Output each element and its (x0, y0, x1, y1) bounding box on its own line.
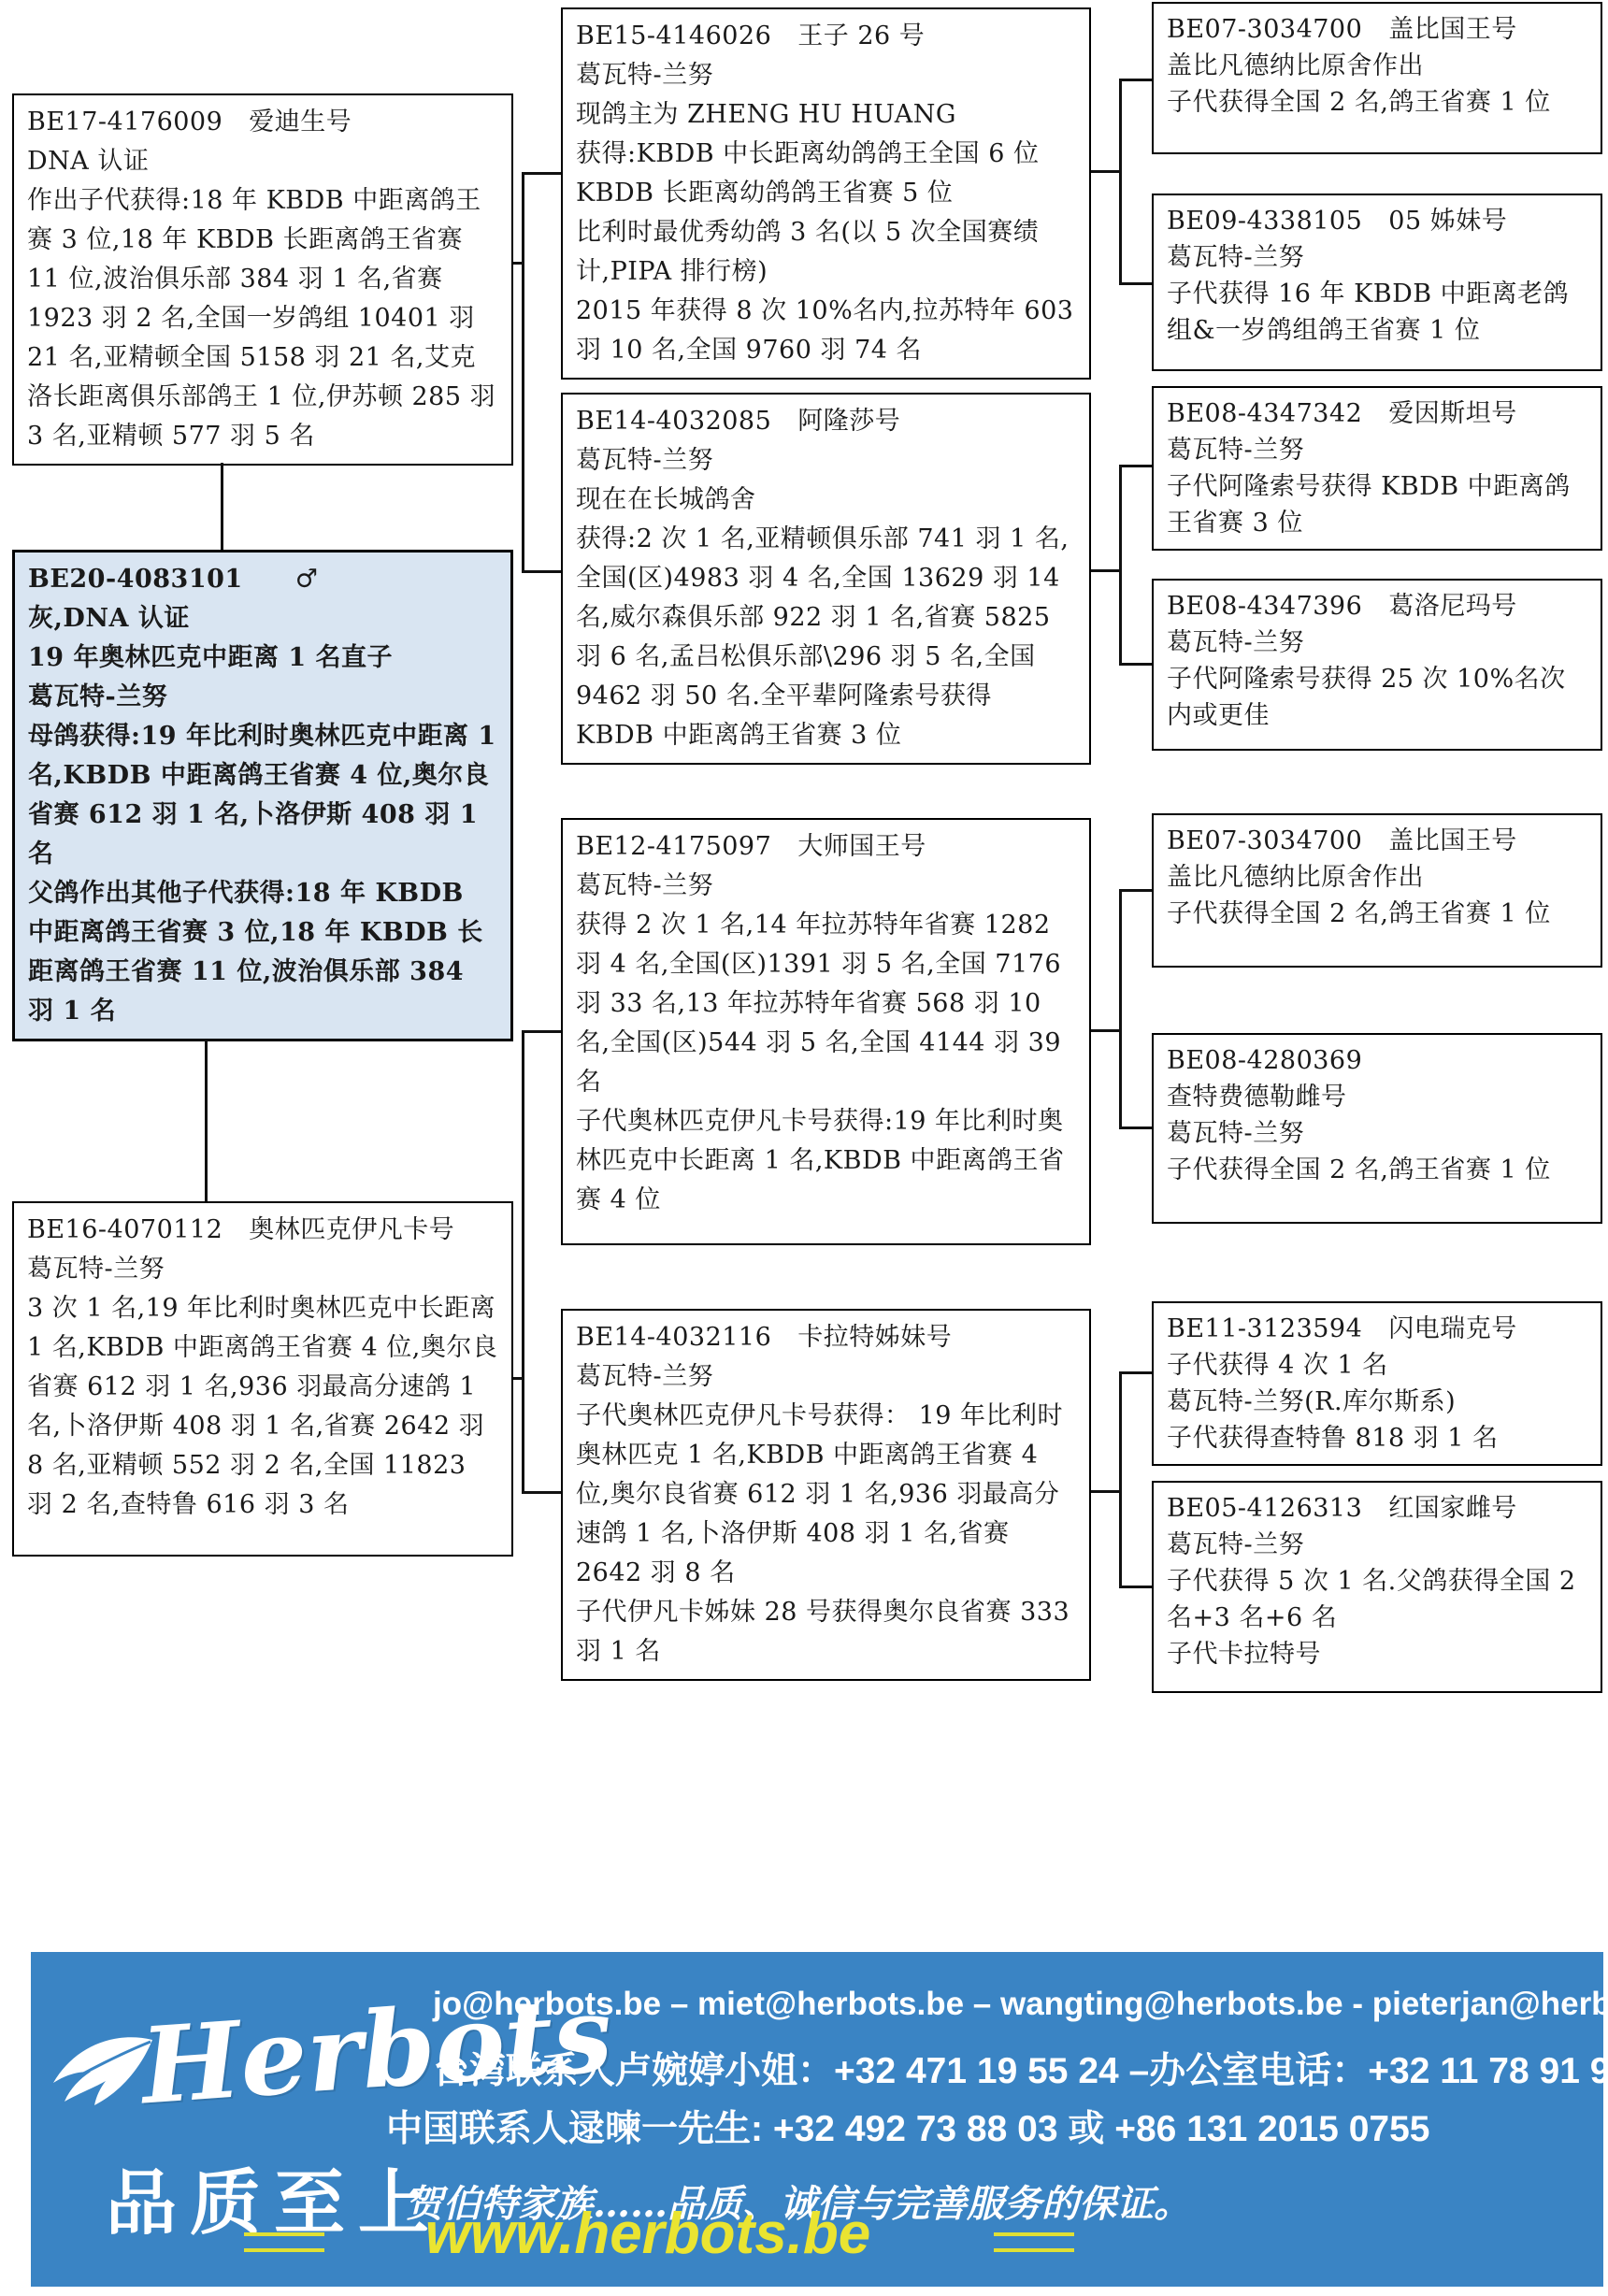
connector-line (1119, 889, 1122, 1129)
detail-line: 葛瓦特-兰努 (1167, 239, 1587, 276)
box-maternal-grandmother: BE14-4032116卡拉特姊妹号 葛瓦特-兰努子代奥林匹克伊凡卡号获得： 1… (561, 1309, 1091, 1681)
box-great-grandparent-7: BE11-3123594闪电瑞克号 子代获得 4 次 1 名葛瓦特-兰努(R.库… (1152, 1301, 1602, 1466)
detail-line: 子代阿隆索号获得 KBDB 中距离鸽王省赛 3 位 (1167, 468, 1587, 541)
detail-line: 葛瓦特-兰努 (576, 867, 1076, 906)
box-title: BE09-433810505 姊妹号 (1167, 203, 1587, 239)
box-details: 查特费德勒雌号葛瓦特-兰努子代获得全国 2 名,鸽王省赛 1 位 (1167, 1079, 1587, 1188)
box-great-grandparent-8: BE05-4126313红国家雌号 葛瓦特-兰努子代获得 5 次 1 名.父鸽获… (1152, 1481, 1602, 1693)
detail-line: 葛瓦特-兰努 (1167, 432, 1587, 468)
detail-line: 葛瓦特-兰努 (576, 441, 1076, 481)
ring-number: BE14-4032085 (576, 407, 771, 436)
detail-line: 3 次 1 名,19 年比利时奥林匹克中长距离 1 名,KBDB 中距离鸽王省赛… (27, 1289, 498, 1525)
connector-line (1122, 79, 1152, 81)
detail-line: 查特费德勒雌号 (1167, 1079, 1587, 1115)
detail-line: 子代获得 5 次 1 名.父鸽获得全国 2 名+3 名+6 名 (1167, 1563, 1587, 1636)
detail-line: 子代奥林匹克伊凡卡号获得:19 年比利时奥林匹克中长距离 1 名,KBDB 中距… (576, 1102, 1076, 1220)
connector-line (1091, 170, 1122, 173)
connector-line (1119, 79, 1122, 285)
connector-line (1091, 569, 1122, 572)
detail-line: 现在在长城鸽舍 (576, 481, 1076, 520)
detail-line: 19 年奥林匹克中距离 1 名直子 (28, 639, 497, 678)
bird-name: 爱迪生号 (249, 108, 352, 136)
detail-line: 作出子代获得:18 年 KBDB 中距离鸽王赛 3 位,18 年 KBDB 长距… (27, 181, 498, 456)
ring-number: BE05-4126313 (1167, 1494, 1362, 1523)
connector-line (524, 570, 561, 573)
box-title: BE08-4347396葛洛尼玛号 (1167, 588, 1587, 624)
box-details: 葛瓦特-兰努子代获得 16 年 KBDB 中距离老鸽组&一岁鸽组鸽王省赛 1 位 (1167, 239, 1587, 349)
box-details: 葛瓦特-兰努3 次 1 名,19 年比利时奥林匹克中长距离 1 名,KBDB 中… (27, 1250, 498, 1525)
detail-line: 现鸽主为 ZHENG HU HUANG (576, 95, 1076, 135)
ring-number: BE08-4347396 (1167, 592, 1362, 621)
decorative-double-line (244, 2232, 324, 2252)
bird-name: 爱因斯坦号 (1388, 399, 1517, 428)
detail-line: 葛瓦特-兰努 (27, 1250, 498, 1289)
detail-line: 获得:2 次 1 名,亚精顿俱乐部 741 羽 1 名,全国(区)4983 羽 … (576, 520, 1076, 755)
detail-line: 葛瓦特-兰努(R.库尔斯系) (1167, 1384, 1587, 1420)
detail-line: DNA 认证 (27, 142, 498, 181)
bird-name: 葛洛尼玛号 (1388, 592, 1517, 621)
box-title: BE17-4176009爱迪生号 (27, 103, 498, 142)
detail-line: 灰,DNA 认证 (28, 599, 497, 639)
connector-line (1119, 1371, 1122, 1588)
box-title: BE12-4175097大师国王号 (576, 827, 1076, 867)
detail-line: 葛瓦特-兰努 (1167, 1115, 1587, 1152)
ring-number: BE17-4176009 (27, 108, 223, 136)
bird-name: 阿隆莎号 (797, 407, 900, 436)
pedigree-page: BE17-4176009爱迪生号 DNA 认证作出子代获得:18 年 KBDB … (0, 0, 1608, 2296)
box-title: BE20-4083101♂ (28, 560, 497, 599)
detail-line: 盖比凡德纳比原舍作出 (1167, 859, 1587, 896)
detail-line: 获得 2 次 1 名,14 年拉苏特年省赛 1282 羽 4 名,全国(区)13… (576, 906, 1076, 1102)
detail-line: 父鸽作出其他子代获得:18 年 KBDB 中距离鸽王省赛 3 位,18 年 KB… (28, 874, 497, 1031)
detail-line: 子代获得全国 2 名,鸽王省赛 1 位 (1167, 84, 1587, 121)
box-great-grandparent-5: BE07-3034700盖比国王号 盖比凡德纳比原舍作出子代获得全国 2 名,鸽… (1152, 813, 1602, 968)
detail-line: 葛瓦特-兰努 (1167, 624, 1587, 661)
connector-line (524, 1491, 561, 1494)
box-title: BE16-4070112奥林匹克伊凡卡号 (27, 1211, 498, 1250)
detail-line: 比利时最优秀幼鸽 3 名(以 5 次全国赛绩计,PIPA 排行榜) (576, 213, 1076, 292)
box-title: BE14-4032116卡拉特姊妹号 (576, 1318, 1076, 1357)
detail-line: 子代获得全国 2 名,鸽王省赛 1 位 (1167, 896, 1587, 932)
box-details: 葛瓦特-兰努子代阿隆索号获得 KBDB 中距离鸽王省赛 3 位 (1167, 432, 1587, 541)
bird-name: 卡拉特姊妹号 (797, 1323, 952, 1352)
website-url: www.herbots.be (339, 2201, 956, 2267)
connector-line (524, 172, 561, 175)
detail-line: 葛瓦特-兰努 (576, 56, 1076, 95)
detail-line: KBDB 长距离幼鸽鸽王省赛 5 位 (576, 174, 1076, 213)
detail-line: 子代阿隆索号获得 25 次 10%名次内或更佳 (1167, 661, 1587, 734)
box-details: 盖比凡德纳比原舍作出子代获得全国 2 名,鸽王省赛 1 位 (1167, 48, 1587, 121)
ring-number: BE08-4280369 (1167, 1046, 1362, 1075)
box-details: 子代获得 4 次 1 名葛瓦特-兰努(R.库尔斯系)子代获得查特鲁 818 羽 … (1167, 1347, 1587, 1457)
box-mother: BE16-4070112奥林匹克伊凡卡号 葛瓦特-兰努3 次 1 名,19 年比… (12, 1201, 513, 1557)
contact-taiwan: 台湾联系人卢婉婷小姐：+32 471 19 55 24 –办公室电话：+32 1… (433, 2042, 1575, 2094)
box-details: 灰,DNA 认证19 年奥林匹克中距离 1 名直子葛瓦特-兰努母鸽获得:19 年… (28, 599, 497, 1031)
connector-line (1122, 663, 1152, 666)
connector-line (1122, 1586, 1152, 1588)
connector-line (221, 463, 223, 550)
connector-line (205, 1040, 208, 1201)
detail-line: 葛瓦特-兰努 (1167, 1527, 1587, 1563)
contact-emails: jo@herbots.be – miet@herbots.be – wangti… (433, 1986, 1583, 2023)
box-great-grandparent-2: BE09-433810505 姊妹号 葛瓦特-兰努子代获得 16 年 KBDB … (1152, 194, 1602, 371)
box-title: BE07-3034700盖比国王号 (1167, 11, 1587, 48)
box-title: BE08-4347342爱因斯坦号 (1167, 395, 1587, 432)
connector-line (522, 1030, 524, 1494)
connector-line (1091, 1029, 1122, 1032)
detail-line: 子代伊凡卡姊妹 28 号获得奥尔良省赛 333 羽 1 名 (576, 1593, 1076, 1672)
contact-china: 中国联系人逯暕一先生: +32 492 73 88 03 或 +86 131 2… (386, 2100, 1388, 2152)
ring-number: BE11-3123594 (1167, 1314, 1362, 1343)
box-maternal-grandfather: BE12-4175097大师国王号 葛瓦特-兰努获得 2 次 1 名,14 年拉… (561, 818, 1091, 1245)
connector-line (522, 172, 524, 573)
detail-line: 子代获得 16 年 KBDB 中距离老鸽组&一岁鸽组鸽王省赛 1 位 (1167, 276, 1587, 349)
ring-number: BE15-4146026 (576, 22, 771, 50)
detail-line: 子代获得查特鲁 818 羽 1 名 (1167, 1420, 1587, 1457)
detail-line: 2015 年获得 8 次 10%名内,拉苏特年 603 羽 10 名,全国 97… (576, 292, 1076, 370)
box-details: 葛瓦特-兰努子代获得 5 次 1 名.父鸽获得全国 2 名+3 名+6 名子代卡… (1167, 1527, 1587, 1672)
box-title: BE08-4280369 (1167, 1042, 1587, 1079)
box-paternal-grandfather: BE15-4146026王子 26 号 葛瓦特-兰努现鸽主为 ZHENG HU … (561, 7, 1091, 380)
box-details: 葛瓦特-兰努现在在长城鸽舍获得:2 次 1 名,亚精顿俱乐部 741 羽 1 名… (576, 441, 1076, 755)
box-title: BE11-3123594闪电瑞克号 (1167, 1311, 1587, 1347)
ring-number: BE08-4347342 (1167, 399, 1362, 428)
box-great-grandparent-3: BE08-4347342爱因斯坦号 葛瓦特-兰努子代阿隆索号获得 KBDB 中距… (1152, 386, 1602, 551)
ring-number: BE07-3034700 (1167, 15, 1362, 44)
detail-line: 葛瓦特-兰努 (576, 1357, 1076, 1397)
ring-number: BE20-4083101 (28, 565, 243, 594)
detail-line: 葛瓦特-兰努 (28, 678, 497, 717)
ring-number: BE14-4032116 (576, 1323, 771, 1352)
box-details: 葛瓦特-兰努获得 2 次 1 名,14 年拉苏特年省赛 1282 羽 4 名,全… (576, 867, 1076, 1220)
bird-name: 大师国王号 (797, 832, 926, 861)
box-details: 葛瓦特-兰努子代奥林匹克伊凡卡号获得： 19 年比利时奥林匹克 1 名,KBDB… (576, 1357, 1076, 1672)
bird-name: 盖比国王号 (1388, 826, 1517, 855)
box-details: 盖比凡德纳比原舍作出子代获得全国 2 名,鸽王省赛 1 位 (1167, 859, 1587, 932)
box-great-grandparent-6: BE08-4280369 查特费德勒雌号葛瓦特-兰努子代获得全国 2 名,鸽王省… (1152, 1033, 1602, 1224)
herbots-banner: Herbots 品质至上 jo@herbots.be – miet@herbot… (31, 1952, 1603, 2287)
connector-line (1122, 1371, 1152, 1374)
box-title: BE15-4146026王子 26 号 (576, 17, 1076, 56)
box-details: 葛瓦特-兰努子代阿隆索号获得 25 次 10%名次内或更佳 (1167, 624, 1587, 734)
bird-name: 红国家雌号 (1388, 1494, 1517, 1523)
detail-line: 子代获得全国 2 名,鸽王省赛 1 位 (1167, 1152, 1587, 1188)
detail-line: 获得:KBDB 中长距离幼鸽鸽王全国 6 位 (576, 135, 1076, 174)
bird-name: 奥林匹克伊凡卡号 (249, 1215, 454, 1244)
box-details: DNA 认证作出子代获得:18 年 KBDB 中距离鸽王赛 3 位,18 年 K… (27, 142, 498, 456)
box-subject: BE20-4083101♂ 灰,DNA 认证19 年奥林匹克中距离 1 名直子葛… (12, 550, 513, 1041)
box-father: BE17-4176009爱迪生号 DNA 认证作出子代获得:18 年 KBDB … (12, 93, 513, 466)
decorative-double-line (994, 2232, 1074, 2252)
box-great-grandparent-1: BE07-3034700盖比国王号 盖比凡德纳比原舍作出子代获得全国 2 名,鸽… (1152, 2, 1602, 154)
box-title: BE05-4126313红国家雌号 (1167, 1490, 1587, 1527)
ring-number: BE07-3034700 (1167, 826, 1362, 855)
box-details: 葛瓦特-兰努现鸽主为 ZHENG HU HUANG获得:KBDB 中长距离幼鸽鸽… (576, 56, 1076, 370)
bird-name: 05 姊妹号 (1388, 207, 1507, 236)
connector-line (1122, 465, 1152, 467)
male-symbol: ♂ (295, 565, 319, 594)
connector-line (1122, 889, 1152, 892)
bird-name: 王子 26 号 (797, 22, 925, 50)
connector-line (1091, 1490, 1122, 1493)
ring-number: BE12-4175097 (576, 832, 771, 861)
bird-name: 闪电瑞克号 (1388, 1314, 1517, 1343)
detail-line: 子代卡拉特号 (1167, 1636, 1587, 1672)
box-paternal-grandmother: BE14-4032085阿隆莎号 葛瓦特-兰努现在在长城鸽舍获得:2 次 1 名… (561, 393, 1091, 765)
box-great-grandparent-4: BE08-4347396葛洛尼玛号 葛瓦特-兰努子代阿隆索号获得 25 次 10… (1152, 579, 1602, 751)
detail-line: 子代奥林匹克伊凡卡号获得： 19 年比利时奥林匹克 1 名,KBDB 中距离鸽王… (576, 1397, 1076, 1593)
connector-line (524, 1030, 561, 1033)
detail-line: 盖比凡德纳比原舍作出 (1167, 48, 1587, 84)
connector-line (1119, 465, 1122, 666)
box-title: BE07-3034700盖比国王号 (1167, 823, 1587, 859)
detail-line: 子代获得 4 次 1 名 (1167, 1347, 1587, 1384)
ring-number: BE09-4338105 (1167, 207, 1362, 236)
box-title: BE14-4032085阿隆莎号 (576, 402, 1076, 441)
detail-line: 母鸽获得:19 年比利时奥林匹克中距离 1 名,KBDB 中距离鸽王省赛 4 位… (28, 717, 497, 874)
ring-number: BE16-4070112 (27, 1215, 223, 1244)
connector-line (1122, 282, 1152, 285)
connector-line (1122, 1126, 1152, 1129)
bird-name: 盖比国王号 (1388, 15, 1517, 44)
